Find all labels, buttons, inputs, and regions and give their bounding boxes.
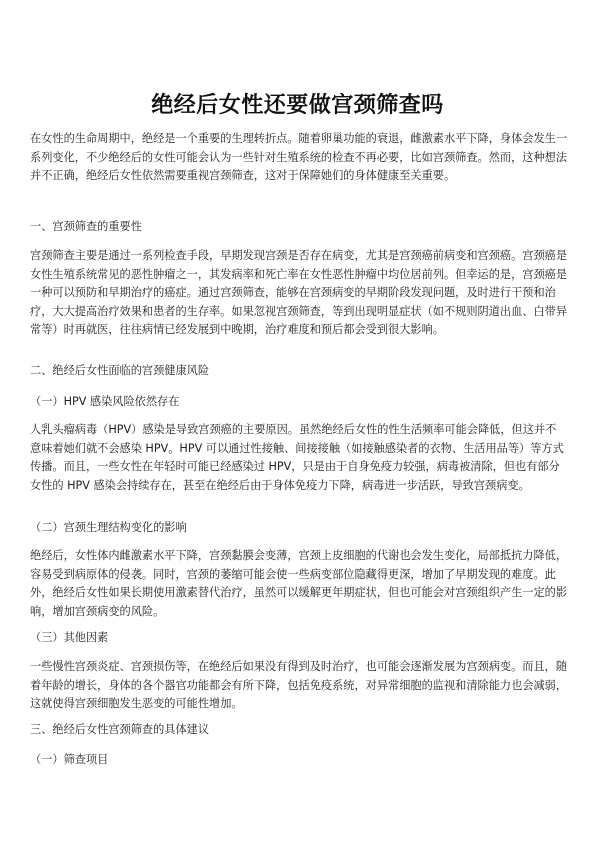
- intro-paragraph: 在女性的生命周期中，绝经是一个重要的生理转折点。随着卵巢功能的衰退，雌激素水平下…: [30, 130, 567, 186]
- subsection-2-3-paragraph: 一些慢性宫颈炎症、宫颈损伤等，在绝经后如果没有得到及时治疗，也可能会逐渐发展为宫…: [30, 658, 567, 714]
- document-page: 绝经后女性还要做宫颈筛查吗 在女性的生命周期中，绝经是一个重要的生理转折点。随着…: [0, 0, 595, 841]
- subsection-2-2-paragraph: 绝经后，女性体内雌激素水平下降，宫颈黏膜会变薄，宫颈上皮细胞的代谢也会发生变化，…: [30, 547, 567, 621]
- section-heading-1: 一、宫颈筛查的重要性: [30, 218, 142, 236]
- section-heading-2: 二、绝经后女性面临的宫颈健康风险: [30, 362, 209, 380]
- page-title: 绝经后女性还要做宫颈筛查吗: [0, 88, 595, 119]
- subsection-heading-2-2: （二）宫颈生理结构变化的影响: [30, 519, 187, 537]
- subsection-2-1-paragraph: 人乳头瘤病毒（HPV）感染是导致宫颈癌的主要原因。虽然绝经后女性的性生活频率可能…: [30, 421, 567, 495]
- subsection-heading-2-3: （三）其他因素: [30, 629, 108, 647]
- subsection-heading-3-1: （一）筛查项目: [30, 751, 108, 769]
- section-heading-3: 三、绝经后女性宫颈筛查的具体建议: [30, 721, 209, 739]
- section-1-paragraph: 宫颈筛查主要是通过一系列检查手段，早期发现宫颈是否存在病变，尤其是宫颈癌前病变和…: [30, 247, 567, 340]
- subsection-heading-2-1: （一）HPV 感染风险依然存在: [30, 393, 179, 411]
